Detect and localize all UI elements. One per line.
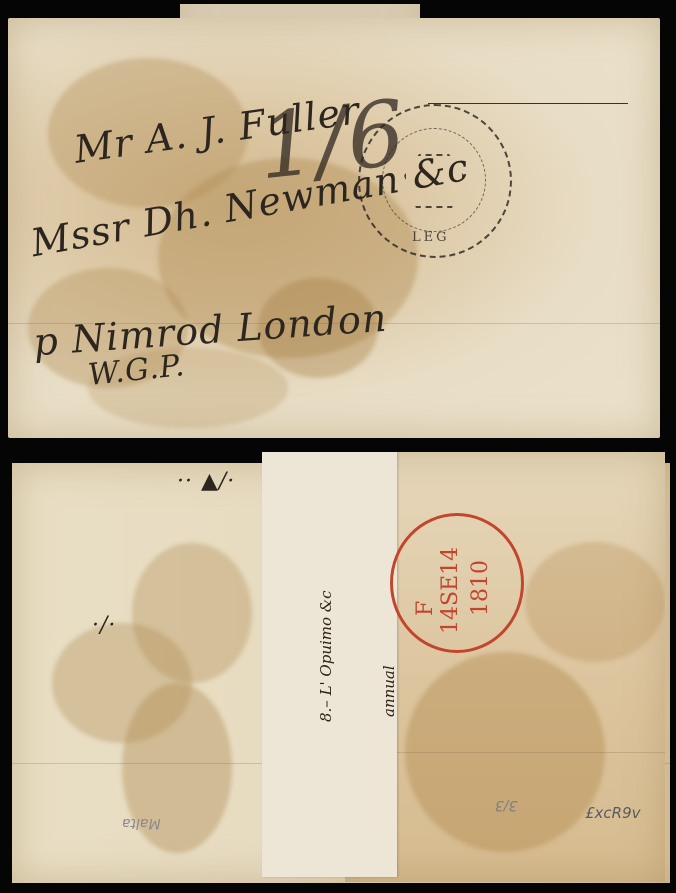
datestamp-date: 14SE14 [438, 547, 463, 634]
rule-line [428, 103, 628, 104]
cover-front: LEG Mr A. J. Fuller Mssr Dh. Newman &c p… [8, 18, 660, 438]
docket-text: 8.– L' Opuimo &c [317, 590, 335, 722]
pencil-note-rate: 3/3 [495, 797, 518, 813]
back-top-marks: ·· ▲/· [177, 469, 235, 494]
back-docket-flap: 8.– L' Opuimo &c annual [262, 452, 397, 877]
datestamp-year: 1810 [468, 560, 493, 616]
red-datestamp: F 14SE14 1810 [390, 513, 524, 653]
datestamp-letter: F [413, 601, 438, 616]
docket-text-2: annual [380, 665, 397, 717]
back-left-mark: ·/· [92, 613, 116, 638]
manuscript-rate: 1/6 [253, 81, 411, 201]
pencil-note-malta: Malta [122, 815, 161, 831]
pencil-note-code: £xcR9v [585, 804, 641, 822]
handstamp-text: LEG [412, 230, 450, 245]
stain [525, 542, 665, 662]
